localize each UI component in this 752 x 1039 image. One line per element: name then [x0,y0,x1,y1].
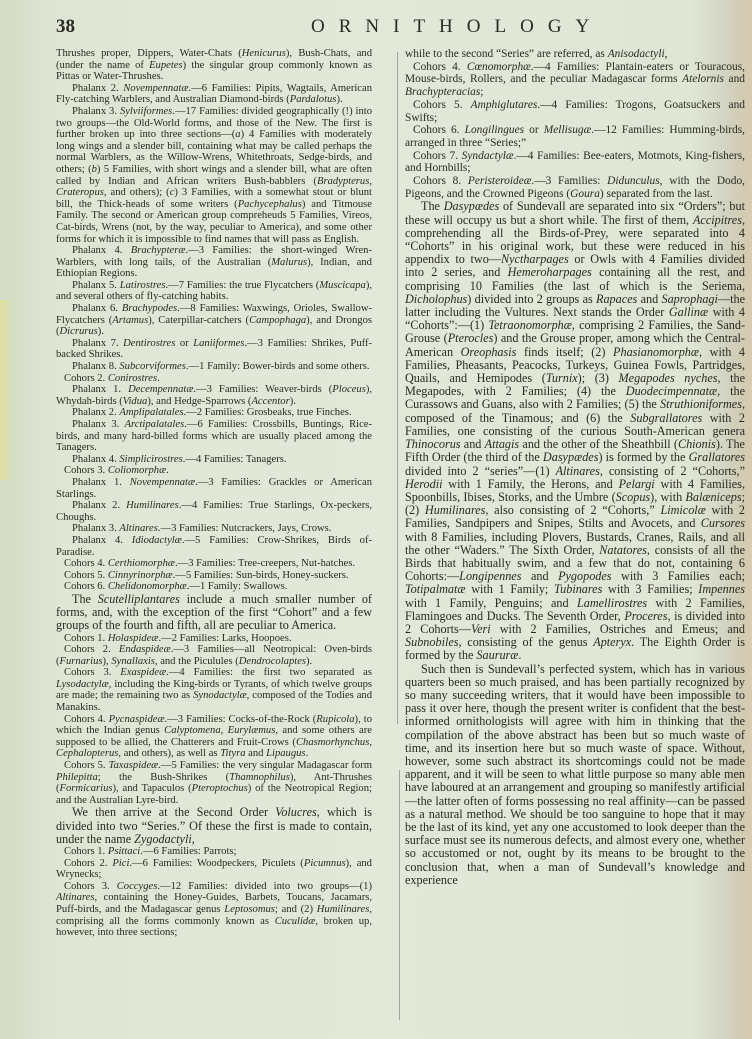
italic-term: Cursores [701,516,745,530]
paragraph: Cohors 4. Cœnomorphæ.—4 Families: Planta… [405,61,745,99]
text-run: .—6 Families: Woodpeckers, Piculets ( [129,858,303,869]
italic-term: Coccyges [117,881,158,892]
italic-term: Henicurus [242,48,286,59]
italic-term: Leptosomus [224,904,275,915]
italic-term: Mellisugæ [544,124,591,136]
italic-term: Tityra [220,748,245,759]
text-run: Cohors 1. [64,633,108,644]
italic-term: Cuculidæ [275,916,316,927]
text-run: with 1 Family, the Herons, and [442,477,618,491]
text-run: Cohors 1. [64,846,108,857]
italic-term: Peristeroideæ [468,175,531,187]
text-run: ), with [650,490,685,504]
italic-term: Pterocles [448,331,494,345]
italic-term: Artamus [112,315,148,326]
text-run: Phalanx 1. [72,477,130,488]
italic-term: Chionis [678,437,716,451]
italic-term: Turnix [546,371,578,385]
italic-term: Lysodactylæ [56,679,109,690]
text-run: .—4 Families: Tanagers. [183,454,287,465]
italic-term: Cinnyrinorphæ [108,570,173,581]
text-run: ; the Bush-Shrikes ( [98,772,229,783]
paragraph: Cohors 8. Peristeroideæ.—3 Families: Did… [405,175,745,200]
text-run: ). [98,326,104,337]
italic-term: Humilinares [126,500,179,511]
italic-term: Exaspideæ [120,667,166,678]
italic-term: Latirostres [120,280,166,291]
italic-term: Dasypædes [543,450,599,464]
text-run: .—5 Families: Sun-birds, Honey-suckers. [173,570,349,581]
italic-term: Tubinares [554,582,602,596]
italic-term: Calyptomena, Eurylæmus [164,725,275,736]
text-run: Cohors 2. [64,644,119,655]
paragraph: Cohors 2. Conirostres. [56,373,372,385]
italic-term: Synallaxis [111,656,155,667]
paragraph: Cohors 3. Coccyges.—12 Families: divided… [56,881,372,939]
text-run: Phalanx 4. [72,245,131,256]
italic-term: Saururæ [476,648,518,662]
italic-term: Pachycephalus [238,199,302,210]
italic-term: Apteryx [593,635,631,649]
paragraph: Phalanx 7. Dentirostres or Laniiformes.—… [56,338,372,361]
text-run: . [306,748,309,759]
italic-term: Vidua [123,396,148,407]
italic-term: Goura [570,188,600,200]
italic-term: Dendrocolaptes [239,656,306,667]
text-run: , [665,48,668,60]
column-divider [397,52,398,724]
italic-term: Furnarius [60,656,103,667]
italic-term: Campophaga [249,315,306,326]
text-run: Cohors 6. [413,124,465,136]
paragraph: Cohors 2. Endaspideæ.—3 Families—all Neo… [56,644,372,667]
text-run: ); (3) [578,371,619,385]
text-run: , also consisting of 2 “Cohorts,” [485,503,660,517]
text-run: and [521,569,558,583]
text-run: or [175,338,193,349]
italic-term: Gallinæ [669,305,708,319]
text-run: ; and (2) [275,904,317,915]
text-run: ) separated from the last. [600,188,713,200]
italic-term: Arctipalatales [125,419,185,430]
text-run: Phalanx 3. [72,523,119,534]
paragraph: Phalanx 2. Humilinares.—4 Families: True… [56,500,372,523]
italic-term: Coliomorphæ [108,465,166,476]
italic-term: Dicrurus [60,326,98,337]
text-run: and the other of the Sheathbill ( [519,437,678,451]
text-run: Cohors 2. [64,373,108,384]
text-run: ). [290,396,296,407]
italic-term: Certhiomorphæ [108,558,175,569]
italic-term: Cœnomorphæ [467,61,531,73]
right-column: while to the second “Series” are referre… [405,48,745,887]
italic-term: Totipalmatæ [405,582,466,596]
italic-term: Synodactylæ [193,690,247,701]
italic-term: Anisodactyli [608,48,665,60]
text-run: with 1 Family, Penguins; and [405,596,577,610]
text-run: Phalanx 2. [72,500,126,511]
italic-term: Psittaci [108,846,140,857]
text-run: and [637,292,661,306]
italic-term: Rapaces [596,292,637,306]
text-run: ; [480,86,483,98]
text-run: .—4 Families: the first two separated as [166,667,372,678]
paragraph: Phalanx 4. Simplicirostres.—4 Families: … [56,454,372,466]
italic-term: Lamellirostres [577,596,647,610]
text-run: Phalanx 3. [72,419,125,430]
italic-term: Sylviiformes [120,106,172,117]
italic-term: Natatores [599,543,647,557]
italic-term: Decempennatæ [128,384,193,395]
text-run: Phalanx 3. [72,106,120,117]
italic-term: Proceres [624,609,667,623]
text-run: or [524,124,544,136]
italic-term: Altinares [556,464,600,478]
italic-term: Duodecimpennatæ [626,384,717,398]
italic-term: Scutelliplantares [98,592,180,606]
italic-term: Thinocorus [405,437,461,451]
text-run: Cohors 6. [64,581,108,592]
page-header: 38 ORNITHOLOGY [56,16,746,40]
italic-term: Longipennes [459,569,521,583]
text-run: . [518,648,521,662]
italic-term: Altinares [56,892,94,903]
text-run: .—2 Families: Grosbeaks, true Finches. [184,407,352,418]
italic-term: Picumnus [304,858,346,869]
text-run: Cohors 3. [64,881,117,892]
paragraph: Phalanx 3. Arctipalatales.—6 Families: C… [56,419,372,454]
text-run: Cohors 4. [64,714,109,725]
italic-term: Impennes [698,582,745,596]
italic-term: Attagis [485,437,520,451]
italic-term: Phasianomorphæ [613,345,699,359]
text-run: Phalanx 6. [72,303,122,314]
text-run: Cohors 3. [64,667,120,678]
italic-term: Formicarius [60,783,113,794]
paragraph: Cohors 3. Coliomorphæ. [56,465,372,477]
paragraph: Phalanx 2. Amplipalatales.—2 Families: G… [56,407,372,419]
italic-term: Ploceus [332,384,366,395]
italic-term: Subgrallatores [630,411,702,425]
text-run: .—6 Families: Parrots; [140,846,236,857]
italic-term: Pardalotus [290,94,337,105]
text-run: .—3 Families: [531,175,607,187]
text-run: Phalanx 2. [72,407,119,418]
italic-term: Amphiglutares [471,99,538,111]
text-run: with 2 Families, Ostriches and Emeus; an… [491,622,745,636]
italic-term: Pici [112,858,129,869]
text-run: ), Caterpillar-catchers ( [148,315,249,326]
italic-term: Zygodactyli [134,832,192,846]
text-run: ). [336,94,342,105]
text-run: Phalanx 5. [72,280,120,291]
italic-term: Simplicirostres [119,454,182,465]
text-run: Cohors 8. [413,175,468,187]
italic-term: Accentor [251,396,289,407]
text-run: .—3 Families: Cocks-of-the-Rock ( [165,714,317,725]
text-run: finds itself; (2) [516,345,613,359]
paragraph: Cohors 4. Certhiomorphæ.—3 Families: Tre… [56,558,372,570]
text-run: Cohors 2. [64,858,112,869]
text-run: Phalanx 2. [72,83,123,94]
italic-term: Chelidonomorphæ [108,581,187,592]
text-run: .—3 Families: Nutcrackers, Jays, Crows. [158,523,332,534]
running-title: ORNITHOLOGY [311,16,603,38]
text-run: .—1 Family: Bower-birds and some others. [186,361,370,372]
text-run: .—3 Families: Weaver-birds ( [193,384,332,395]
text-run: ). [306,656,312,667]
italic-term: Subnobiles [405,635,459,649]
italic-term: Pygopodes [558,569,611,583]
italic-term: Grallatores [689,450,745,464]
italic-term: Subcorviformes [119,361,186,372]
italic-term: Herodii [405,477,442,491]
text-run: with 3 Families each; [612,569,745,583]
italic-term: Limicolæ [660,503,705,517]
italic-term: Rupicola [316,714,354,725]
paragraph: Cohors 4. Pycnaspideæ.—3 Families: Cocks… [56,714,372,760]
text-run: Cohors 5. [64,760,109,771]
text-run: Cohors 5. [413,99,471,111]
text-run: Such then is Sundevall’s perfected syste… [405,662,745,887]
text-run: and [724,73,745,85]
paragraph: Phalanx 1. Decempennatæ.—3 Families: Wea… [56,384,372,407]
italic-term: Philepitta [56,772,98,783]
italic-term: Amplipalatales [119,407,183,418]
text-run: .—3 Families: Tree-creepers, Nut-hatches… [175,558,355,569]
italic-term: Dentirostres [123,338,175,349]
text-run: Cohors 4. [413,61,467,73]
italic-term: Dicholophus [405,292,467,306]
text-run: , consisting of the genus [459,635,594,649]
italic-term: Novempennatæ [130,477,195,488]
paragraph: The Dasypædes of Sundevall are separated… [405,200,745,662]
italic-term: Atelornis [682,73,724,85]
paragraph: Phalanx 1. Novempennatæ.—3 Families: Gra… [56,477,372,500]
text-run: , and the Piculules ( [155,656,239,667]
text-run: while to the second “Series” are referre… [405,48,608,60]
italic-term: Syndactylæ [462,150,514,162]
paragraph: Phalanx 3. Sylviiformes.—17 Families: di… [56,106,372,245]
paragraph: Phalanx 4. Brachypteræ.—3 Families: the … [56,245,372,280]
paragraph: We then arrive at the Second Order Voluc… [56,806,372,846]
text-run: , and others); ( [104,187,170,198]
text-run: .—12 Families: divided into two groups—(… [157,881,372,892]
paragraph: Phalanx 5. Latirostres.—7 Families: the … [56,280,372,303]
paragraph: Phalanx 3. Altinares.—3 Families: Nutcra… [56,523,372,535]
text-run: Phalanx 7. [72,338,123,349]
text-run: Cohors 5. [64,570,108,581]
paragraph: Cohors 5. Amphiglutares.—4 Families: Tro… [405,99,745,124]
text-run: The [72,592,98,606]
paragraph: Phalanx 4. Idiodactylæ.—5 Families: Crow… [56,535,372,558]
text-run: , consisting of 2 “Cohorts,” [600,464,745,478]
italic-term: Muscicapa [319,280,365,291]
text-run: Phalanx 4. [72,454,119,465]
paragraph: Phalanx 2. Novempennatæ.—6 Families: Pip… [56,83,372,106]
paragraph: Cohors 6. Longilingues or Mellisugæ.—12 … [405,124,745,149]
page-number: 38 [56,16,75,38]
italic-term: Endaspideæ [119,644,171,655]
italic-term: Eupetes [149,60,183,71]
text-run: Cohors 4. [64,558,108,569]
italic-term: Balæniceps [685,490,741,504]
left-column: Thrushes proper, Dippers, Water-Chats (H… [56,48,372,939]
paragraph: while to the second “Series” are referre… [405,48,745,61]
italic-term: Veri [471,622,491,636]
paragraph: Cohors 1. Holaspideæ.—2 Families: Larks,… [56,633,372,645]
italic-term: Volucres [275,805,317,819]
text-run: ), and Tapaculos ( [113,783,192,794]
paragraph: Cohors 7. Syndactylæ.—4 Families: Bee-ea… [405,150,745,175]
text-run: .—7 Families: the true Flycatchers ( [165,280,319,291]
text-run: We then arrive at the Second Order [72,805,275,819]
italic-term: Conirostres [108,373,157,384]
text-run: ) divided into 2 groups as [467,292,596,306]
text-run: Cohors 3. [64,465,108,476]
italic-term: Brachypteræ [131,245,186,256]
italic-term: Idiodactylæ [132,535,182,546]
paragraph: Cohors 1. Psittaci.—6 Families: Parrots; [56,846,372,858]
italic-term: Malurus [271,257,307,268]
text-run: ) is formed by the [598,450,688,464]
text-run: The [421,199,444,213]
column-divider-lower [399,770,400,1020]
italic-term: Lipaugus [266,748,305,759]
paragraph: Thrushes proper, Dippers, Water-Chats (H… [56,48,372,83]
text-run: divided into 2 “series”—(1) [405,464,556,478]
paragraph: Cohors 5. Taxaspideæ.—5 Families: the ve… [56,760,372,806]
page-edge-highlight [0,300,14,480]
italic-term: Pteroptochus [192,783,248,794]
italic-term: Altinares [119,523,157,534]
text-run: , and others), as well as [118,748,220,759]
text-run: and [246,748,267,759]
text-run: and [461,437,485,451]
italic-term: Brachypteracias [405,86,480,98]
italic-term: Scopus [616,490,651,504]
italic-term: Holaspideæ [108,633,159,644]
text-run: Phalanx 1. [72,384,128,395]
italic-term: Humilinares [317,904,370,915]
text-run: Cohors 7. [413,150,462,162]
text-run: with 3 Families; [602,582,698,596]
text-run: .—2 Families: Larks, Hoopoes. [158,633,291,644]
italic-term: Brachypodes [122,303,177,314]
paragraph: Such then is Sundevall’s perfected syste… [405,663,745,887]
italic-term: Accipitres [693,213,742,227]
italic-term: Novempennatæ [123,83,188,94]
text-run: Phalanx 4. [72,535,132,546]
italic-term: Oreophasis [461,345,517,359]
text-run: . [166,465,169,476]
italic-term: Dasypædes [444,199,500,213]
italic-term: Pycnaspideæ [109,714,165,725]
italic-term: Longilingues [465,124,525,136]
paragraph: Cohors 5. Cinnyrinorphæ.—5 Families: Sun… [56,570,372,582]
italic-term: Thamnophilus [229,772,290,783]
italic-term: Tetraonomorphæ [488,318,572,332]
italic-term: Laniiformes [193,338,244,349]
italic-term: Struthioniformes [660,397,742,411]
italic-term: Pelargi [619,477,655,491]
paragraph: Cohors 2. Pici.—6 Families: Woodpeckers,… [56,858,372,881]
italic-term: Nyctharpages [501,252,569,266]
text-run: .—5 Families: the very singular Madagasc… [158,760,372,771]
text-run: ), and Hedge-Sparrows ( [147,396,251,407]
italic-term: Saprophagi [661,292,717,306]
text-run: . [157,373,160,384]
italic-term: Hemeroharpages [508,265,592,279]
text-run: .—1 Family: Swallows. [187,581,288,592]
text-run: Phalanx 8. [72,361,119,372]
text-run: Thrushes proper, Dippers, Water-Chats ( [56,48,242,59]
paragraph: Phalanx 8. Subcorviformes.—1 Family: Bow… [56,361,372,373]
text-run: , [192,832,195,846]
italic-term: Taxaspideæ [109,760,159,771]
paragraph: Phalanx 6. Brachypodes.—8 Families: Waxw… [56,303,372,338]
paragraph: Cohors 3. Exaspideæ.—4 Families: the fir… [56,667,372,713]
italic-term: Megapodes nyches [619,371,718,385]
text-run: with 1 Family; [466,582,555,596]
italic-term: Humilinares [425,503,486,517]
italic-term: Didunculus [607,175,660,187]
paragraph: The Scutelliplantares include a much sma… [56,593,372,633]
